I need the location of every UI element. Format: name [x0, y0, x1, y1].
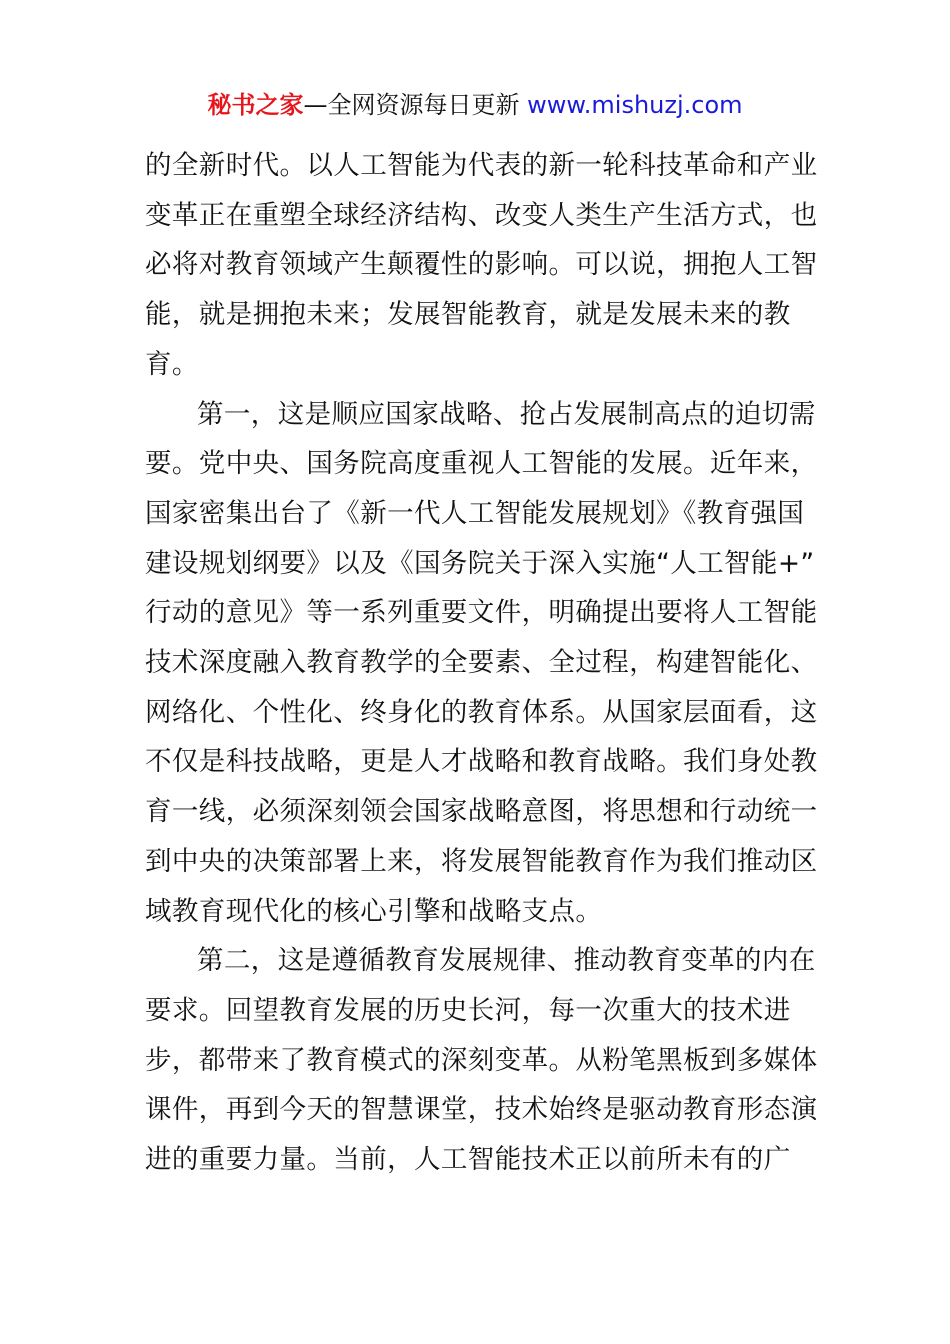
- text-line: 育。: [145, 340, 807, 390]
- text-line: 行动的意见》等一系列重要文件，明确提出要将人工智能: [145, 588, 807, 638]
- text-line: 要。党中央、国务院高度重视人工智能的发展。近年来，: [145, 439, 807, 489]
- text-line: 要求。回望教育发展的历史长河，每一次重大的技术进: [145, 986, 807, 1036]
- text-line: 能，就是拥抱未来；发展智能教育，就是发展未来的教: [145, 290, 807, 340]
- text-line: 第一，这是顺应国家战略、抢占发展制高点的迫切需: [145, 390, 807, 440]
- brand-name: 秘书之家: [207, 91, 303, 119]
- text-line: 课件，再到今天的智慧课堂，技术始终是驱动教育形态演: [145, 1085, 807, 1135]
- text-line: 到中央的决策部署上来，将发展智能教育作为我们推动区: [145, 837, 807, 887]
- text-line: 必将对教育领域产生颠覆性的影响。可以说，拥抱人工智: [145, 240, 807, 290]
- text-line: 变革正在重塑全球经济结构、改变人类生产生活方式，也: [145, 191, 807, 241]
- text-line: 进的重要力量。当前，人工智能技术正以前所未有的广: [145, 1135, 807, 1185]
- text-line: 育一线，必须深刻领会国家战略意图，将思想和行动统一: [145, 787, 807, 837]
- text-line: 第二，这是遵循教育发展规律、推动教育变革的内在: [145, 936, 807, 986]
- header-tagline: —全网资源每日更新: [303, 91, 527, 119]
- text-line: 建设规划纲要》以及《国务院关于深入实施“人工智能+”: [145, 539, 807, 589]
- text-line: 不仅是科技战略，更是人才战略和教育战略。我们身处教: [145, 737, 807, 787]
- text-line: 的全新时代。以人工智能为代表的新一轮科技革命和产业: [145, 141, 807, 191]
- site-header: 秘书之家—全网资源每日更新 www.mishuzj.com: [0, 88, 950, 122]
- paragraph-second-point: 第二，这是遵循教育发展规律、推动教育变革的内在 要求。回望教育发展的历史长河，每…: [145, 936, 807, 1185]
- text-line: 域教育现代化的核心引擎和战略支点。: [145, 887, 807, 937]
- paragraph-intro-continuation: 的全新时代。以人工智能为代表的新一轮科技革命和产业 变革正在重塑全球经济结构、改…: [145, 141, 807, 390]
- paragraph-first-point: 第一，这是顺应国家战略、抢占发展制高点的迫切需 要。党中央、国务院高度重视人工智…: [145, 390, 807, 937]
- document-body: 的全新时代。以人工智能为代表的新一轮科技革命和产业 变革正在重塑全球经济结构、改…: [145, 141, 807, 1185]
- site-url: www.mishuzj.com: [527, 91, 742, 119]
- text-line: 网络化、个性化、终身化的教育体系。从国家层面看，这: [145, 688, 807, 738]
- text-line: 步，都带来了教育模式的深刻变革。从粉笔黑板到多媒体: [145, 1036, 807, 1086]
- text-line: 技术深度融入教育教学的全要素、全过程，构建智能化、: [145, 638, 807, 688]
- text-line: 国家密集出台了《新一代人工智能发展规划》《教育强国: [145, 489, 807, 539]
